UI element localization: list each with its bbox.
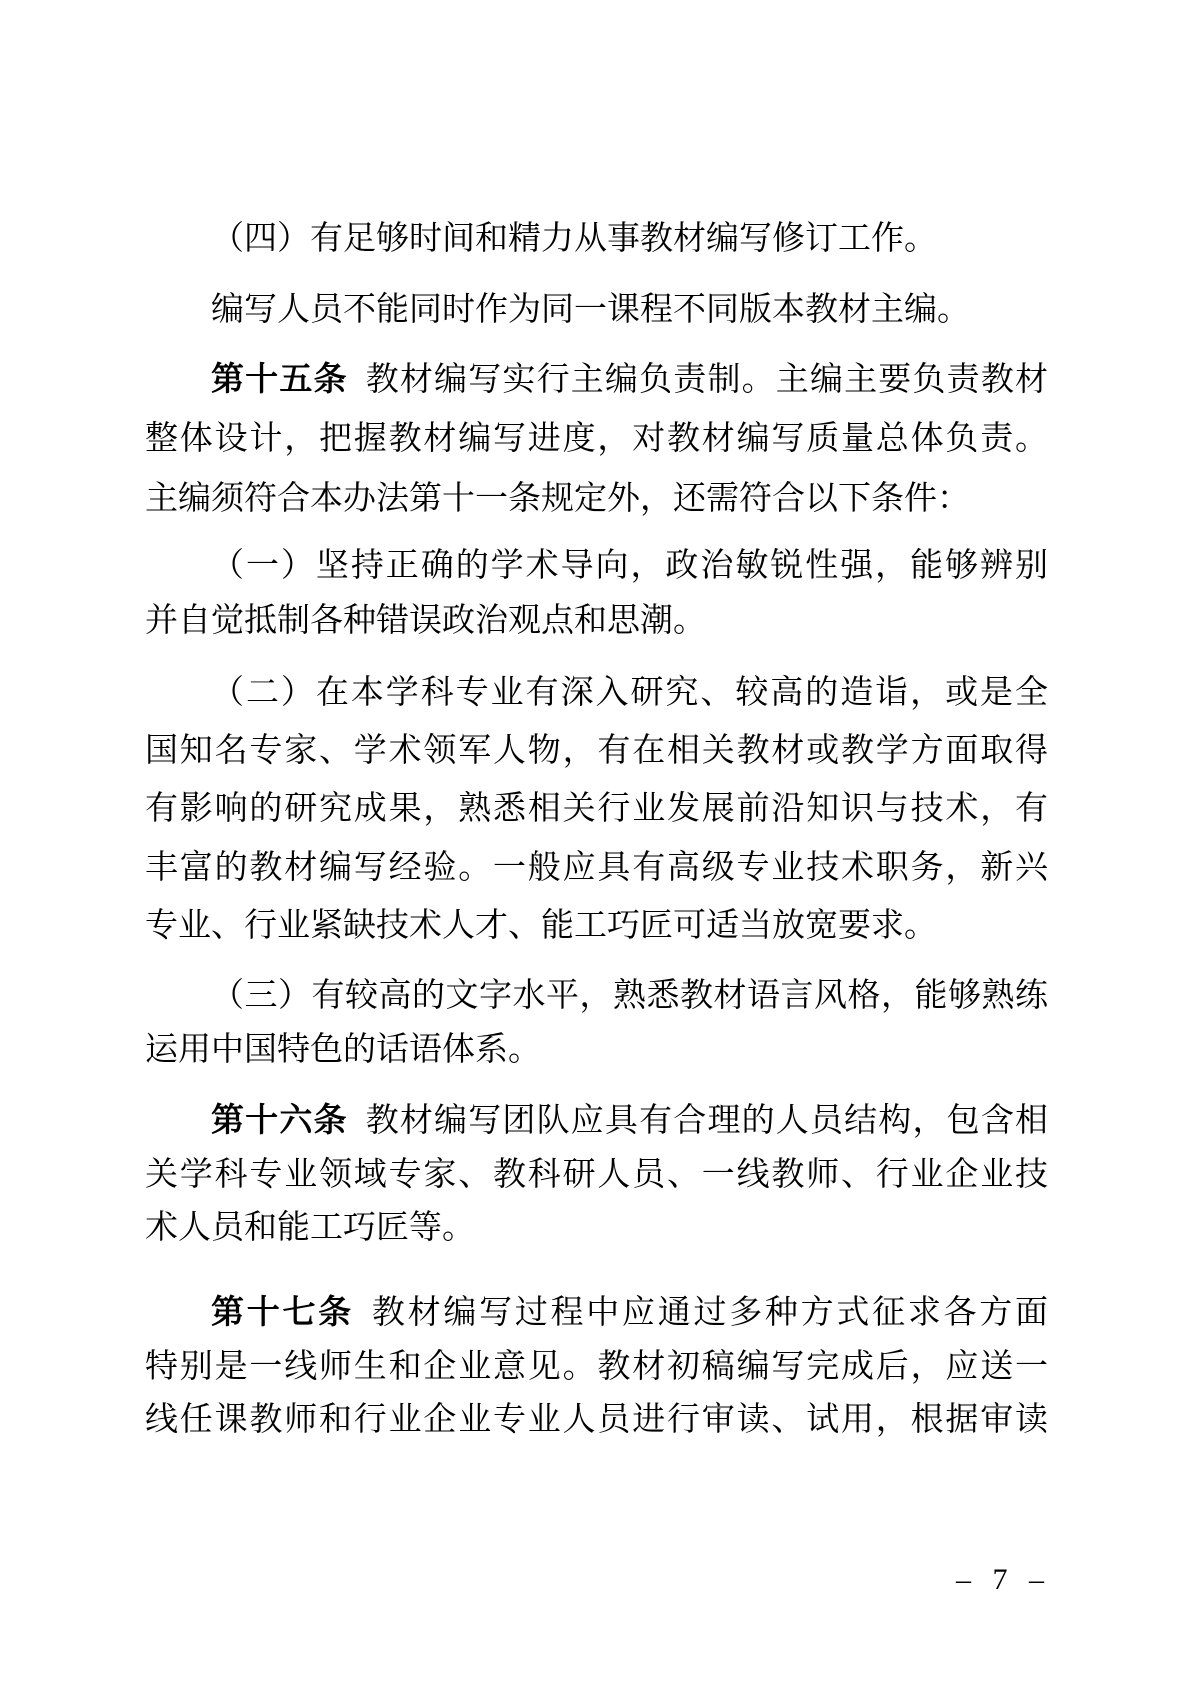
article-number: 第十七条: [211, 1293, 354, 1330]
document-line: 编写人员不能同时作为同一课程不同版本教材主编。: [145, 289, 1048, 331]
document-line: 专业、行业紧缺技术人才、能工巧匠可适当放宽要求。: [145, 905, 1048, 947]
line-text: 教材编写过程中应通过多种方式征求各方面: [372, 1295, 1048, 1331]
article-number: 第十六条: [211, 1101, 348, 1138]
document-line: （一）坚持正确的学术导向，政治敏锐性强，能够辨别: [145, 545, 1048, 587]
document-line: 关学科专业领域专家、教科研人员、一线教师、行业企业技: [145, 1154, 1048, 1196]
line-text: 教材编写团队应具有合理的人员结构，包含相: [366, 1103, 1048, 1139]
document-line: 运用中国特色的话语体系。: [145, 1029, 1048, 1071]
document-line: 丰富的教材编写经验。一般应具有高级专业技术职务，新兴: [145, 847, 1048, 889]
page-number: – 7 –: [956, 1562, 1051, 1598]
document-line: 术人员和能工巧匠等。: [145, 1207, 1048, 1249]
document-line: 线任课教师和行业企业专业人员进行审读、试用，根据审读: [145, 1399, 1048, 1441]
document-line: 并自觉抵制各种错误政治观点和思潮。: [145, 600, 1048, 642]
document-line: 第十七条教材编写过程中应通过多种方式征求各方面: [145, 1291, 1048, 1334]
document-line: 特别是一线师生和企业意见。教材初稿编写完成后，应送一: [145, 1346, 1048, 1388]
document-line: 第十六条教材编写团队应具有合理的人员结构，包含相: [145, 1099, 1048, 1142]
line-text: 教材编写实行主编负责制。主编主要负责教材: [366, 362, 1048, 398]
document-line: 主编须符合本办法第十一条规定外，还需符合以下条件：: [145, 478, 1048, 520]
document-line: 整体设计，把握教材编写进度，对教材编写质量总体负责。: [145, 418, 1048, 460]
document-line: 第十五条教材编写实行主编负责制。主编主要负责教材: [145, 358, 1048, 401]
document-line: 有影响的研究成果，熟悉相关行业发展前沿知识与技术，有: [145, 788, 1048, 830]
document-line: 国知名专家、学术领军人物，有在相关教材或教学方面取得: [145, 730, 1048, 772]
document-line: （二）在本学科专业有深入研究、较高的造诣，或是全: [145, 672, 1048, 714]
document-line: （四）有足够时间和精力从事教材编写修订工作。: [145, 218, 1048, 260]
document-page: （四）有足够时间和精力从事教材编写修订工作。 编写人员不能同时作为同一课程不同版…: [0, 0, 1190, 1683]
article-number: 第十五条: [211, 360, 348, 397]
document-line: （三）有较高的文字水平，熟悉教材语言风格，能够熟练: [145, 975, 1048, 1017]
